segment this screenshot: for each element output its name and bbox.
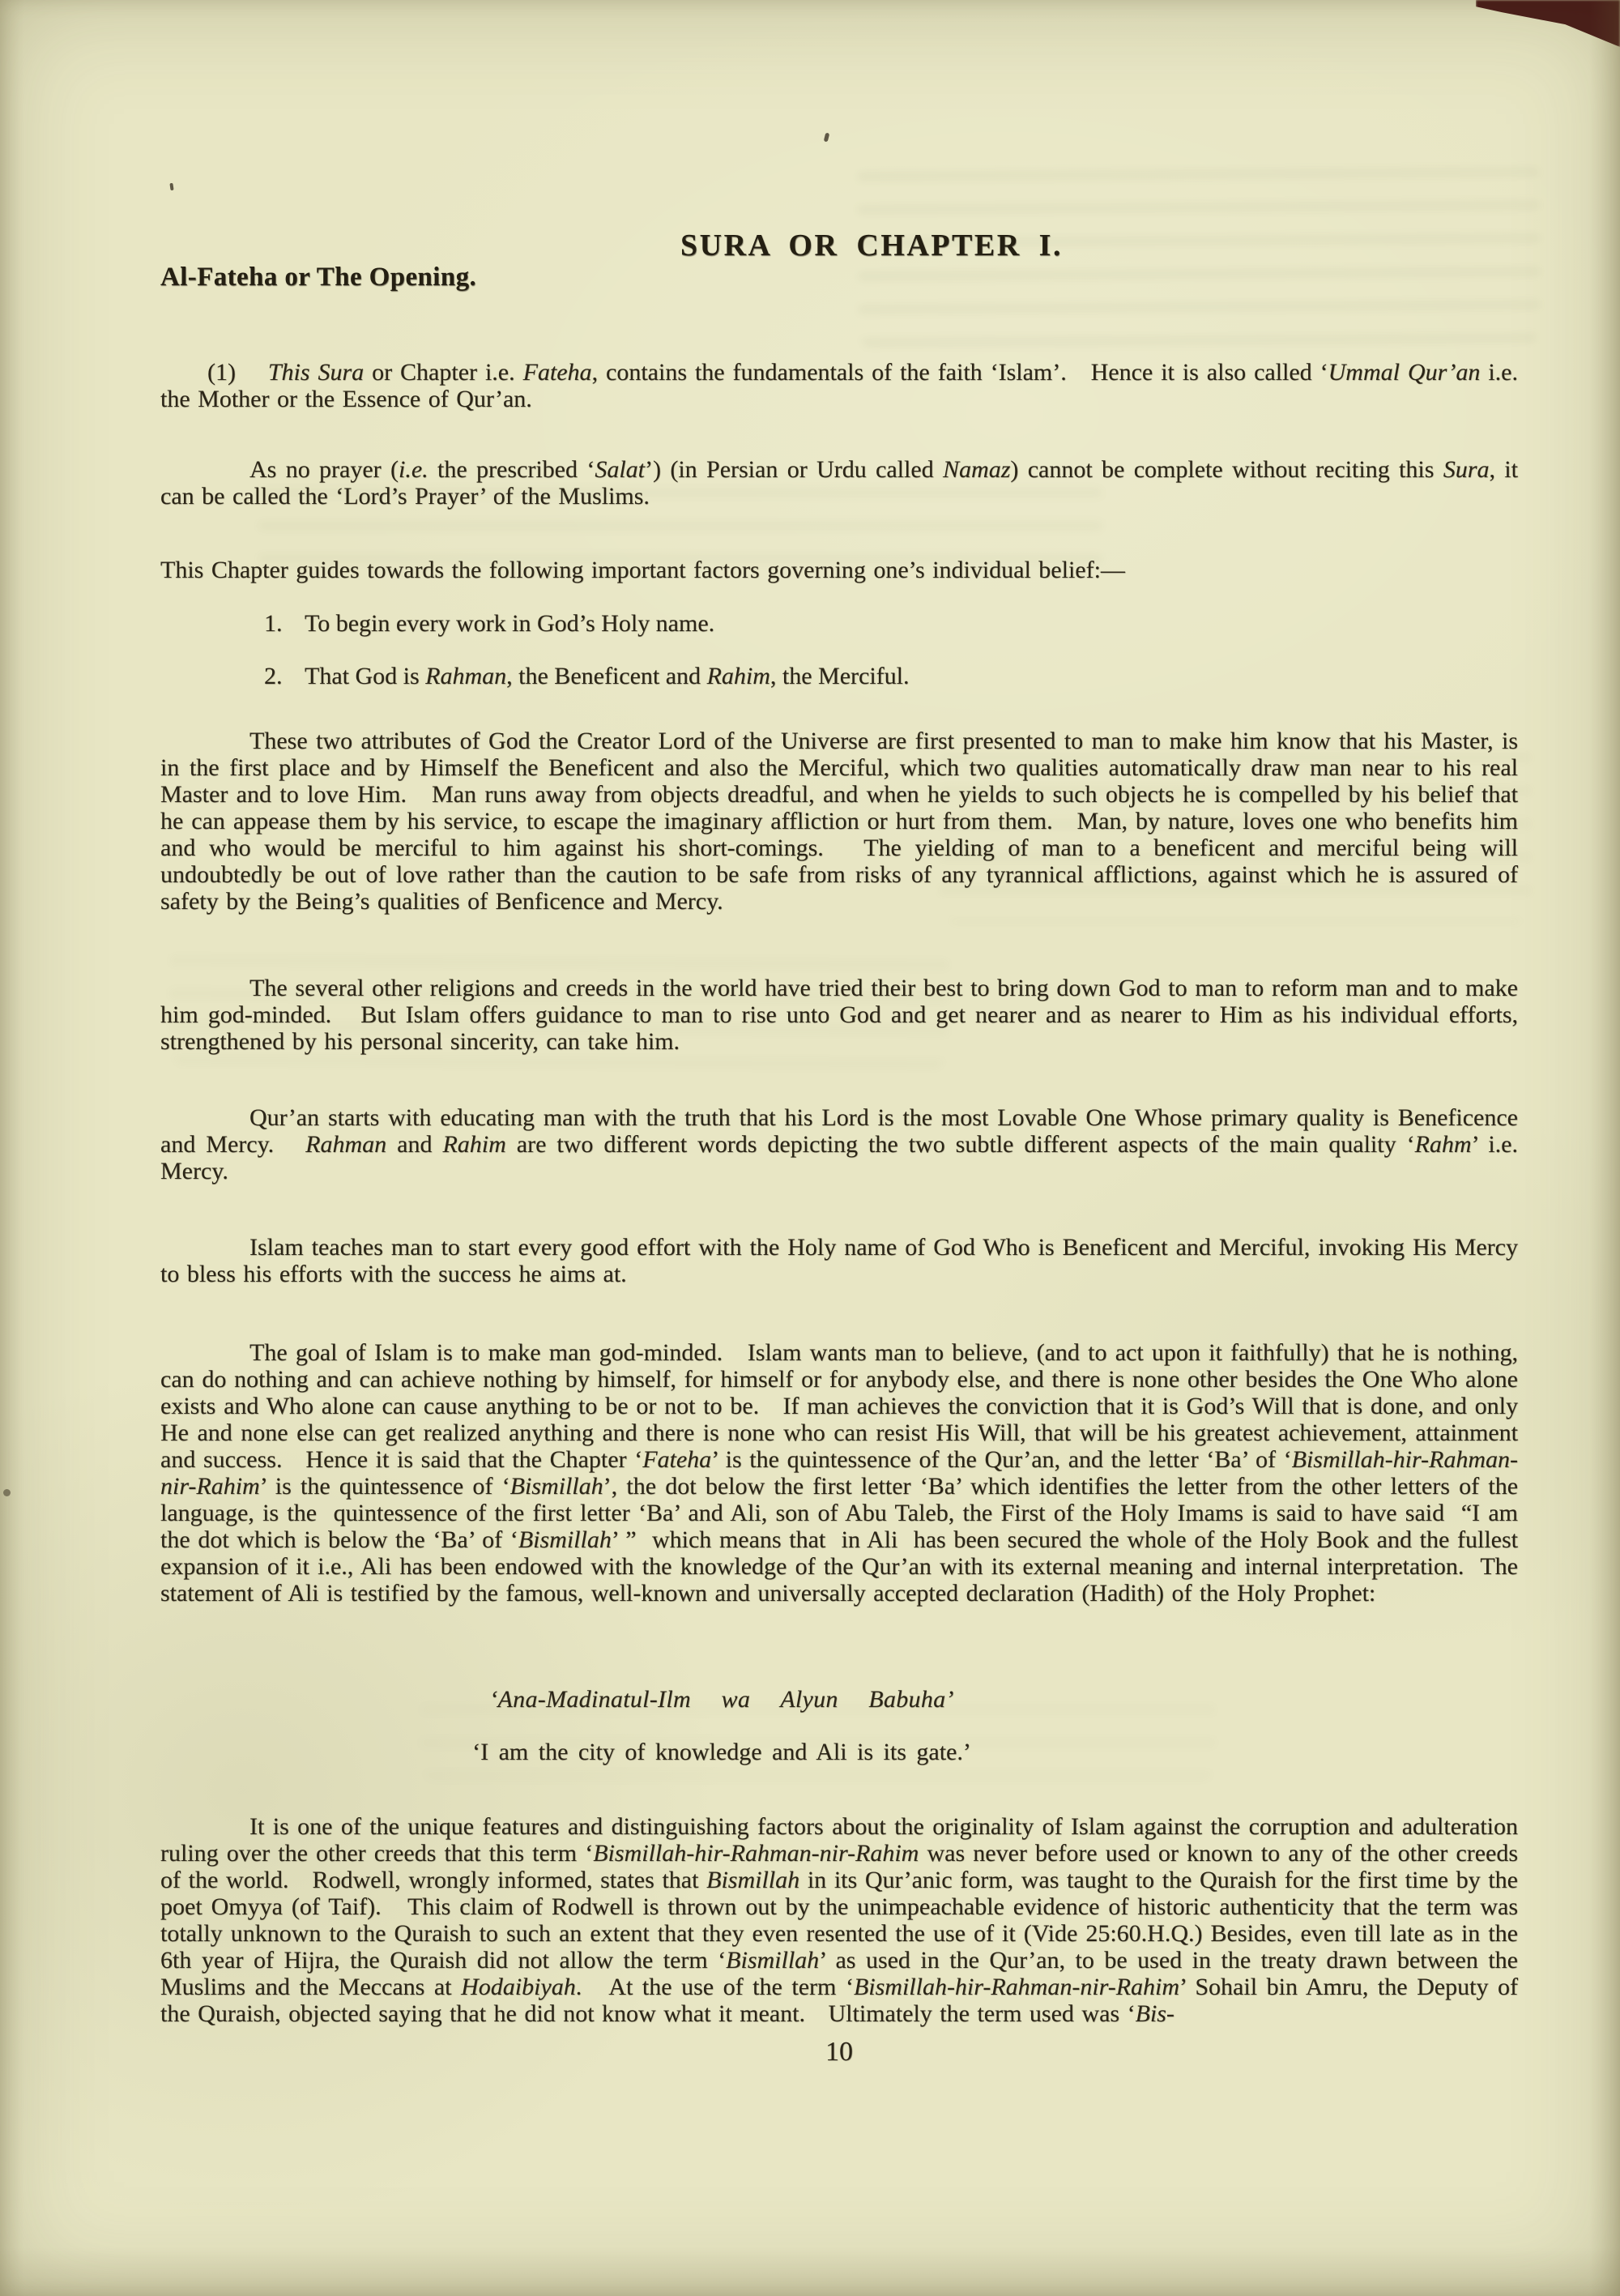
paragraph: The several other religions and creeds i… (160, 975, 1518, 1055)
list-number: 1. (264, 610, 305, 637)
paragraph: It is one of the unique features and dis… (160, 1813, 1518, 2027)
centered-quote: ‘I am the city of knowledge and Ali is i… (43, 1739, 1400, 1765)
list-number: 2. (264, 663, 305, 689)
paragraph: As no prayer (i.e. the prescribed ‘Salat… (160, 456, 1518, 510)
ink-speck (824, 133, 830, 143)
numbered-list: 1.To begin every work in God’s Holy name… (160, 610, 1518, 689)
ink-speck (169, 183, 173, 190)
page-number: 10 (160, 2037, 1518, 2068)
paragraph: (1) This Sura or Chapter i.e. Fateha, co… (160, 359, 1518, 412)
list-item: 1.To begin every work in God’s Holy name… (264, 610, 1518, 637)
paragraph: The goal of Islam is to make man god-min… (160, 1339, 1518, 1607)
list-text: To begin every work in God’s Holy name. (305, 610, 1518, 637)
scan-edge-artifact (1476, 0, 1620, 47)
list-text: That God is Rahman, the Beneficent and R… (305, 663, 1518, 689)
section-heading: Al-Fateha or The Opening. (160, 262, 476, 292)
list-item: 2.That God is Rahman, the Beneficent and… (264, 663, 1518, 689)
centered-quote: ‘Ana-Madinatul-Ilm wa Alyun Babuha’ (43, 1686, 1400, 1713)
paragraph: These two attributes of God the Creator … (160, 728, 1518, 915)
paragraph: Qur’an starts with educating man with th… (160, 1104, 1518, 1184)
paragraph: Islam teaches man to start every good ef… (160, 1234, 1518, 1287)
ink-speck (3, 1489, 11, 1496)
paragraph: This Chapter guides towards the followin… (160, 557, 1518, 583)
chapter-title: SURA OR CHAPTER I. (193, 228, 1550, 263)
scanned-book-page: SURA OR CHAPTER I. Al-Fateha or The Open… (0, 0, 1620, 2296)
